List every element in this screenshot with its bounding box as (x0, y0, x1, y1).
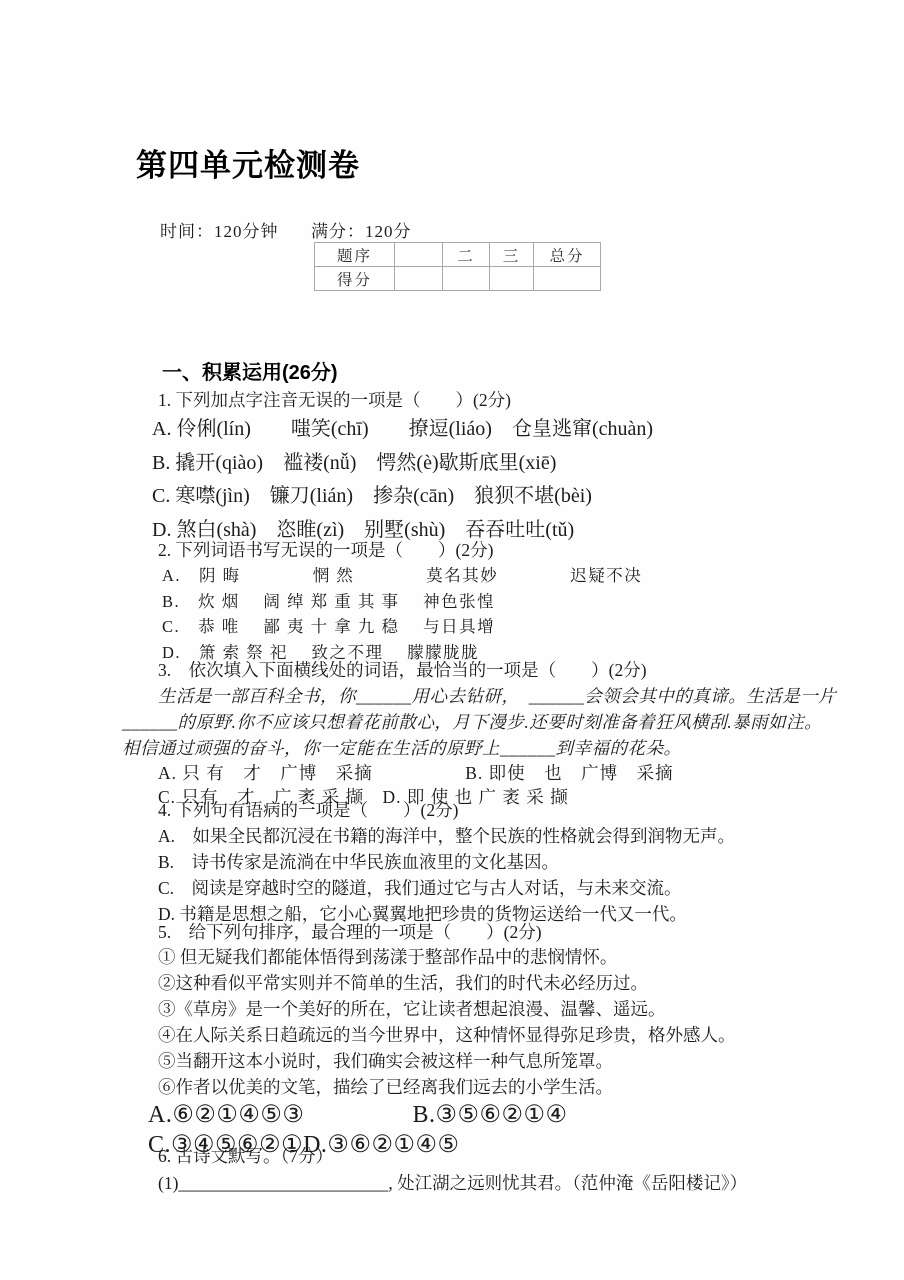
score-table: 题序 二 三 总分 得分 (314, 242, 601, 291)
score-table-cell (490, 267, 534, 291)
full-score-label: 满分：120分 (311, 217, 412, 242)
score-table-cell (395, 243, 443, 267)
score-table-cell: 得分 (315, 267, 395, 291)
question-5-answer-a: A.⑥②①④⑤③ (148, 1102, 304, 1128)
question-1-option-b: B. 撬开(qiào) 褴褛(nǚ) 愕然(è)歇斯底里(xiē) (152, 447, 790, 481)
score-table-cell (443, 267, 490, 291)
question-2-option-a: A. 阴 晦 惘 然 莫名其妙 迟疑不决 (162, 563, 790, 589)
question-1: 1. 下列加点字注音无误的一项是（ ）(2分) A. 伶俐(lín) 嗤笑(ch… (122, 388, 790, 547)
question-4-option-a: A. 如果全民都沉浸在书籍的海洋中，整个民族的性格就会得到润物无声。 (158, 823, 790, 849)
question-6: 6. 古诗文默写。（7分） (1)_______________________… (122, 1143, 790, 1196)
question-4: 4. 下列句有语病的一项是（ ）(2分) A. 如果全民都沉浸在书籍的海洋中，整… (122, 798, 790, 927)
question-3-passage-line: 相信通过顽强的奋斗，你一定能在生活的原野上______到幸福的花朵。 (122, 735, 790, 761)
question-6-blank-line-1: (1)________________________, 处江湖之远则忧其君。（… (158, 1170, 790, 1196)
question-5-stem: 5. 给下列句排序，最合理的一项是（ ）(2分) (158, 920, 790, 944)
question-3-stem: 3. 依次填入下面横线处的词语，最恰当的一项是（ ）(2分) (158, 658, 790, 683)
score-table-header-row: 题序 二 三 总分 (315, 243, 601, 267)
question-4-option-c: C. 阅读是穿越时空的隧道，我们通过它与古人对话，与未来交流。 (158, 875, 790, 901)
question-5-answers-row-1: A.⑥②①④⑤③B.③⑤⑥②①④ (148, 1100, 790, 1130)
question-6-stem: 6. 古诗文默写。（7分） (158, 1143, 790, 1170)
question-5-sentence-6: ⑥作者以优美的文笔，描绘了已经离我们远去的小学生活。 (158, 1074, 790, 1100)
question-2-stem: 2. 下列词语书写无误的一项是（ ）(2分) (158, 538, 790, 563)
question-2-option-b: B. 炊 烟 阔 绰 郑 重 其 事 神色张惶 (162, 589, 790, 615)
question-2-option-c: C. 恭 唯 鄙 夷 十 拿 九 稳 与日具增 (162, 614, 790, 640)
test-paper-page: 第四单元检测卷 时间：120分钟 满分：120分 题序 二 三 总分 得分 一、… (0, 0, 904, 1280)
question-3: 3. 依次填入下面横线处的词语，最恰当的一项是（ ）(2分) 生活是一部百科全书… (122, 658, 790, 809)
page-title: 第四单元检测卷 (136, 140, 360, 185)
question-4-option-b: B. 诗书传家是流淌在中华民族血液里的文化基因。 (158, 849, 790, 875)
question-5-sentence-5: ⑤当翻开这本小说时，我们确实会被这样一种气息所笼罩。 (158, 1048, 790, 1074)
question-5: 5. 给下列句排序，最合理的一项是（ ）(2分) ① 但无疑我们都能体悟得到荡漾… (122, 920, 790, 1160)
score-table-score-row: 得分 (315, 267, 601, 291)
section-1: 一、积累运用(26分) (122, 360, 790, 386)
question-1-option-a: A. 伶俐(lín) 嗤笑(chī) 撩逗(liáo) 仓皇逃窜(chuàn) (152, 413, 790, 447)
score-table-cell: 总分 (534, 243, 601, 267)
question-5-sentence-1: ① 但无疑我们都能体悟得到荡漾于整部作品中的悲悯情怀。 (158, 944, 790, 970)
question-5-sentence-2: ②这种看似平常实则并不简单的生活，我们的时代未必经历过。 (158, 970, 790, 996)
section-1-heading: 一、积累运用(26分) (162, 360, 790, 386)
question-5-sentence-4: ④在人际关系日趋疏远的当今世界中，这种情怀显得弥足珍贵，格外感人。 (158, 1022, 790, 1048)
question-3-options-ab: A. 只 有 才 广博 采摘 B. 即使 也 广博 采摘 (158, 761, 790, 785)
question-5-sentence-3: ③《草房》是一个美好的所在，它让读者想起浪漫、温馨、遥远。 (158, 996, 790, 1022)
score-table-cell (395, 267, 443, 291)
question-4-stem: 4. 下列句有语病的一项是（ ）(2分) (158, 798, 790, 823)
question-2: 2. 下列词语书写无误的一项是（ ）(2分) A. 阴 晦 惘 然 莫名其妙 迟… (122, 538, 790, 665)
question-3-passage-line: ______的原野.你不应该只想着花前散心，月下漫步.还要时刻准备着狂风横刮.暴… (122, 709, 790, 735)
question-1-stem: 1. 下列加点字注音无误的一项是（ ）(2分) (158, 388, 790, 413)
question-3-passage-line: 生活是一部百科全书，你______用心去钻研， ______会领会其中的真谛。生… (158, 683, 790, 709)
time-limit-label: 时间：120分钟 (160, 217, 279, 242)
question-5-answer-b: B.③⑤⑥②①④ (412, 1102, 567, 1128)
score-table-cell (534, 267, 601, 291)
question-1-option-c: C. 寒噤(jìn) 镰刀(lián) 掺杂(cān) 狼狈不堪(bèi) (152, 480, 790, 514)
score-table-cell: 三 (490, 243, 534, 267)
score-table-cell: 题序 (315, 243, 395, 267)
score-table-cell: 二 (443, 243, 490, 267)
